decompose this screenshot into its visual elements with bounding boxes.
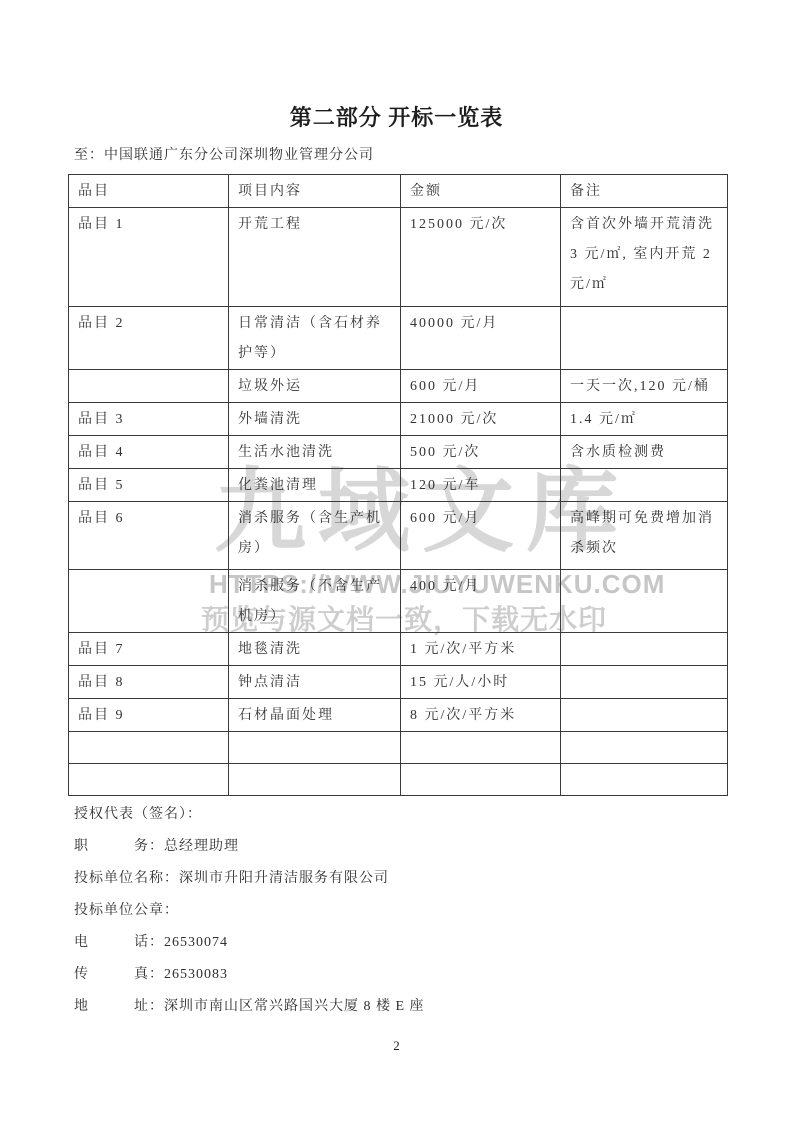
cell-item: 品目 5	[69, 469, 229, 502]
cell-item: 品目 8	[69, 666, 229, 699]
table-row-item6: 品目 6 消杀服务（含生产机房） 600 元/月 高峰期可免费增加消杀频次	[69, 502, 728, 570]
cell-content: 消杀服务（不含生产机房）	[229, 570, 401, 633]
table-header-row: 品目 项目内容 金额 备注	[69, 175, 728, 208]
cell-item: 品目 4	[69, 436, 229, 469]
cell-remark	[561, 570, 728, 633]
cell-amount: 1 元/次/平方米	[401, 633, 561, 666]
footer-block: 授权代表（签名）： 职 务：总经理助理 投标单位名称：深圳市升阳升清洁服务有限公…	[74, 799, 425, 1023]
cell-remark	[561, 732, 728, 764]
cell-item	[69, 732, 229, 764]
cell-remark	[561, 666, 728, 699]
cell-item	[69, 370, 229, 403]
page-number: 2	[0, 1038, 793, 1054]
cell-content: 开荒工程	[229, 208, 401, 307]
footer-line-bidder-name: 投标单位名称：深圳市升阳升清洁服务有限公司	[74, 863, 425, 895]
cell-remark	[561, 633, 728, 666]
cell-remark: 含水质检测费	[561, 436, 728, 469]
table-row-disinfect2: 消杀服务（不含生产机房） 400 元/月	[69, 570, 728, 633]
cell-amount: 500 元/次	[401, 436, 561, 469]
footer-line-bidder-seal: 投标单位公章：	[74, 895, 425, 927]
table-row-item3: 品目 3 外墙清洗 21000 元/次 1.4 元/㎡	[69, 403, 728, 436]
cell-amount: 15 元/人/小时	[401, 666, 561, 699]
header-cell-content: 项目内容	[229, 175, 401, 208]
table-row-item1: 品目 1 开荒工程 125000 元/次 含首次外墙开荒清洗 3 元/㎡, 室内…	[69, 208, 728, 307]
cell-amount: 8 元/次/平方米	[401, 699, 561, 732]
cell-amount: 600 元/月	[401, 370, 561, 403]
cell-item	[69, 764, 229, 796]
footer-line-position: 职 务：总经理助理	[74, 831, 425, 863]
cell-content: 石材晶面处理	[229, 699, 401, 732]
cell-item: 品目 3	[69, 403, 229, 436]
cell-content: 垃圾外运	[229, 370, 401, 403]
cell-content: 生活水池清洗	[229, 436, 401, 469]
cell-content	[229, 764, 401, 796]
footer-line-address: 地 址：深圳市南山区常兴路国兴大厦 8 楼 E 座	[74, 991, 425, 1023]
cell-amount: 21000 元/次	[401, 403, 561, 436]
cell-remark	[561, 307, 728, 370]
cell-remark	[561, 469, 728, 502]
cell-content: 日常清洁（含石材养护等）	[229, 307, 401, 370]
cell-content: 消杀服务（含生产机房）	[229, 502, 401, 570]
footer-line-phone: 电 话：26530074	[74, 927, 425, 959]
footer-line-signature: 授权代表（签名）：	[74, 799, 425, 831]
header-cell-remark: 备注	[561, 175, 728, 208]
cell-amount: 120 元/车	[401, 469, 561, 502]
cell-remark	[561, 764, 728, 796]
footer-line-fax: 传 真：26530083	[74, 959, 425, 991]
table-row-item9: 品目 9 石材晶面处理 8 元/次/平方米	[69, 699, 728, 732]
table-row-item7: 品目 7 地毯清洗 1 元/次/平方米	[69, 633, 728, 666]
cell-remark: 高峰期可免费增加消杀频次	[561, 502, 728, 570]
cell-amount: 600 元/月	[401, 502, 561, 570]
table-row-item4: 品目 4 生活水池清洗 500 元/次 含水质检测费	[69, 436, 728, 469]
cell-amount	[401, 764, 561, 796]
cell-item	[69, 570, 229, 633]
cell-content	[229, 732, 401, 764]
table-row-empty	[69, 764, 728, 796]
cell-content: 化粪池清理	[229, 469, 401, 502]
header-cell-item: 品目	[69, 175, 229, 208]
cell-remark: 1.4 元/㎡	[561, 403, 728, 436]
cell-item: 品目 6	[69, 502, 229, 570]
table-row-garbage: 垃圾外运 600 元/月 一天一次,120 元/桶	[69, 370, 728, 403]
document-page: 九域文库 HTTPS://WWW.JIUYUWENKU.COM 预览与源文档一致…	[0, 0, 793, 1122]
page-title: 第二部分 开标一览表	[0, 101, 793, 132]
table-row-empty	[69, 732, 728, 764]
cell-item: 品目 9	[69, 699, 229, 732]
cell-amount	[401, 732, 561, 764]
table-row-item2: 品目 2 日常清洁（含石材养护等） 40000 元/月	[69, 307, 728, 370]
cell-content: 地毯清洗	[229, 633, 401, 666]
cell-amount: 40000 元/月	[401, 307, 561, 370]
cell-remark	[561, 699, 728, 732]
cell-remark: 含首次外墙开荒清洗 3 元/㎡, 室内开荒 2 元/㎡	[561, 208, 728, 307]
header-cell-amount: 金额	[401, 175, 561, 208]
cell-remark: 一天一次,120 元/桶	[561, 370, 728, 403]
cell-content: 钟点清洁	[229, 666, 401, 699]
cell-item: 品目 1	[69, 208, 229, 307]
bid-opening-table: 品目 项目内容 金额 备注 品目 1 开荒工程 125000 元/次 含首次外墙…	[68, 174, 728, 796]
cell-item: 品目 7	[69, 633, 229, 666]
table-row-item8: 品目 8 钟点清洁 15 元/人/小时	[69, 666, 728, 699]
addressee-line: 至：中国联通广东分公司深圳物业管理分公司	[74, 144, 374, 164]
table-row-item5: 品目 5 化粪池清理 120 元/车	[69, 469, 728, 502]
cell-item: 品目 2	[69, 307, 229, 370]
cell-amount: 400 元/月	[401, 570, 561, 633]
cell-content: 外墙清洗	[229, 403, 401, 436]
cell-amount: 125000 元/次	[401, 208, 561, 307]
